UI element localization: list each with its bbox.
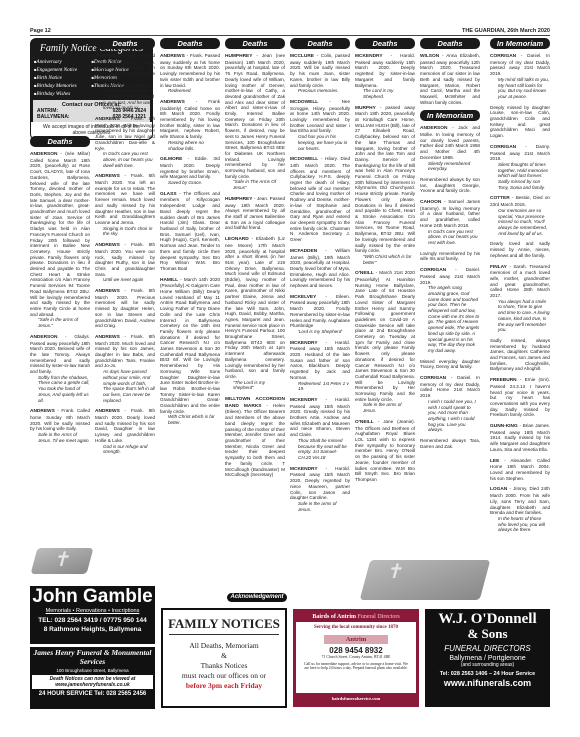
section-header-deaths: Deaths bbox=[160, 38, 220, 49]
ad-title: FAMILY NOTICES bbox=[163, 616, 285, 632]
notice: MCKENDRY - Harold. Passed away 15th Marc… bbox=[290, 340, 350, 392]
ad-phone: Tel: 028 2563 1406 – 24 Hour Service bbox=[425, 671, 550, 677]
bairds-ad: Bairds of Antrim Funeral Directors Servi… bbox=[293, 609, 419, 707]
notice: GLASS - The Officers and members of Kill… bbox=[160, 191, 220, 272]
notice-name: MCDOWELL bbox=[290, 100, 318, 105]
notice: ANDERSON - Gladys. Passed away peacefull… bbox=[30, 334, 90, 403]
notice-text: - Ernie (Snr). Passed 24.3.13 I have'nt … bbox=[490, 377, 550, 417]
notice-verse: In the hearts of those who loved you, yo… bbox=[490, 516, 550, 533]
ad-since: Serving the local community since 1870 bbox=[296, 625, 416, 630]
ad-title-sons: & Sons bbox=[425, 627, 550, 641]
notice: FREEBURN - Ernie (Snr). Passed 24.3.13 I… bbox=[490, 377, 550, 418]
column-7: Deaths WILSON - Anna Elizabeth, passed a… bbox=[420, 38, 480, 454]
notice-verse: Singing in God's choir in the sky bbox=[95, 226, 155, 237]
section-header-deaths: Deaths bbox=[95, 38, 155, 49]
notice: MCKENDRY - Harold. Passed away 15th Marc… bbox=[290, 466, 350, 513]
column-3: DeathsANDREWS - Frank. Passed away sudde… bbox=[160, 38, 220, 431]
notice-text: Lovingly remembered by his wife Iris and… bbox=[420, 251, 480, 262]
ad-services: Memorials • Renovations • Inscriptions bbox=[30, 608, 155, 614]
notice: Remembered always Tara, Darren and Zak. bbox=[420, 438, 480, 449]
section-header-memoriam: In Memoriam bbox=[490, 38, 550, 49]
section-header-deaths: Deaths bbox=[30, 136, 90, 147]
notice-text: Dearly loved and sadly missed by Annie, … bbox=[490, 241, 550, 257]
notice-verse: Thou Shalt be missed because thy seat wi… bbox=[290, 438, 350, 461]
notice-verse: Precious memories. bbox=[290, 88, 350, 94]
notice-verse: Safe in the arms of Jesus. bbox=[355, 402, 415, 413]
notice: HUMPHREY - Jean. Passed away 18th March … bbox=[225, 196, 285, 231]
notice-name: HAMILL bbox=[160, 278, 178, 283]
notice-text: - Frank. 8th March 2020. Precious memori… bbox=[95, 288, 155, 328]
notice: ANDREWS - Frank (suddenly) Called home o… bbox=[160, 99, 220, 151]
notice-name: MCDOWELL bbox=[290, 157, 318, 162]
office-name: BALLYMENA: bbox=[37, 114, 70, 120]
notice-verse: "With Christ which is far better" bbox=[355, 254, 415, 265]
notice-text: - Helen (Eileen). The Officer Bearers an… bbox=[225, 403, 285, 477]
notice: ANDREWS - Frank. Called home Sunday 8th … bbox=[30, 408, 90, 443]
notice: HAMILL - March 14th 2020 (Peacefully) At… bbox=[160, 277, 220, 426]
notice: ANDREWS - Frank. Passed away 8th March 2… bbox=[95, 53, 155, 111]
notice-name: ANDREWS bbox=[95, 409, 120, 414]
notice-name: MCKENDRY bbox=[290, 467, 318, 472]
category-item: Birthday Memories bbox=[34, 82, 92, 90]
notice-name: COTTER bbox=[490, 196, 510, 201]
notice: MCDOWELL - Hilary. Died 14th March 2020.… bbox=[290, 156, 350, 243]
section-header-acknowledgement: Acknowledgement bbox=[227, 593, 287, 602]
notice-text: - The Officers and members of Killycooga… bbox=[160, 191, 220, 271]
notice-name: ANDREWS bbox=[95, 117, 120, 122]
notice-name: HUMPHREY bbox=[225, 197, 252, 202]
notice-text: - Elizabeth (Liz nee Moore) 17th March 2… bbox=[225, 236, 285, 379]
ad-address: 100 Broughshane Street, Ballymena bbox=[32, 668, 153, 673]
ad-deadline: before 3pm each Friday bbox=[163, 681, 285, 691]
ad-line: must reach our offices on or bbox=[163, 671, 285, 681]
notice-name: LEE bbox=[490, 459, 499, 464]
notice-text: Missed everyday daughter Tracey, Denny a… bbox=[420, 359, 480, 370]
category-item: Birth Notice bbox=[34, 74, 92, 82]
ad-title: Bairds of Antrim bbox=[312, 614, 356, 620]
notice-name: ANDREWS bbox=[95, 335, 120, 340]
notice-text: Deeply missed by daughter Louise, son-in… bbox=[490, 105, 550, 139]
notice-name: O'NEILL bbox=[355, 420, 374, 425]
notice-name: ANDREWS bbox=[160, 100, 185, 105]
notice: ANDREWS - Frank. 8th March 2020. You wer… bbox=[95, 242, 155, 283]
notice: ANDREWS - Frank. 8th March 2020. Will be… bbox=[95, 116, 155, 168]
notice-text: - Hilary. Died 14th March 2020. The offi… bbox=[290, 156, 350, 242]
notice-name: GLASS bbox=[160, 192, 177, 197]
notice-text: - March 14th 2020 (Peacefully) At Galgor… bbox=[160, 277, 220, 414]
ad-line: Thanks Notices bbox=[163, 661, 285, 671]
page-header: Page 12 THE GUARDIAN, 26th March 2020 bbox=[30, 28, 550, 36]
notice-name: MURPHY bbox=[355, 106, 376, 111]
ad-blurb: Call us for immediate support, advice or… bbox=[296, 659, 416, 673]
notice-text: - March 21st 2020 (Peacefully) At Hamilt… bbox=[355, 270, 415, 401]
ad-title: John Gamble bbox=[30, 586, 155, 608]
odonnell-ad: W.J. O'Donnell & Sons FUNERAL DIRECTORS … bbox=[425, 609, 550, 707]
notice-verse: As days have passed without your smile, … bbox=[95, 369, 155, 403]
notice-verse: "The Lord is my shepherd" bbox=[225, 380, 285, 391]
ad-towns: Ballymena / Portglenone bbox=[425, 655, 550, 662]
section-header-deaths: Deaths bbox=[420, 38, 480, 49]
notice-verse: Silent thoughts of times together, Hold … bbox=[490, 162, 550, 191]
notice-verse: In God's care you rest above, In our hea… bbox=[420, 229, 480, 246]
notice: LOGAN - Jimmy. Died 24th March 2000. Fro… bbox=[490, 486, 550, 533]
ad-url[interactable]: bairdsfuneralservice.com bbox=[296, 693, 416, 704]
notice-verse: In God's care you rest above, In our hea… bbox=[95, 151, 155, 168]
bible-icon bbox=[360, 560, 491, 600]
ad-subtitle: Funeral Directors bbox=[358, 614, 400, 620]
ad-url[interactable]: www.jameshenryfunerals.co.uk bbox=[33, 682, 152, 688]
category-item: Engagement Notice bbox=[34, 66, 92, 74]
notice: GILMORE - Eddie. 3rd March 2020. Deeply … bbox=[160, 156, 220, 186]
notice-text: - Harold. Passed away 15th March 2020. G… bbox=[290, 397, 350, 437]
notice: CORRIGAN - Daniel. In memory of my dear … bbox=[490, 53, 550, 100]
notice: Lovingly remembered by his wife Iris and… bbox=[420, 251, 480, 262]
notice: MCKELVEY - Eileen. Passed away peacefull… bbox=[290, 294, 350, 335]
notice-verse: Safe in the arms of Jesus. bbox=[290, 501, 350, 512]
notice: MCKENDRY - Harold. Passed away 15th Marc… bbox=[290, 397, 350, 461]
notice: MCDOWELL - Nee Scroggie, Hilary, peacefu… bbox=[290, 99, 350, 151]
notice: CORRIGAN - Daniel. In memory of my dear … bbox=[420, 375, 480, 433]
notice-verse: God is our refuge and strength. bbox=[95, 444, 155, 455]
notice-verse: Our memories are so special, Your presen… bbox=[490, 208, 550, 237]
notice-verse: Saved by Grace. bbox=[160, 180, 220, 186]
notice-text: - William James (Billy), 19th March 2020… bbox=[290, 248, 350, 288]
notice-text: - Jean (nee Davison) 18th March 2020, pe… bbox=[225, 53, 285, 179]
page-number: Page 12 bbox=[30, 28, 51, 34]
ad-address: 8 Rathmore Heights, Ballymena bbox=[30, 626, 155, 633]
notice: O'NEILL - March 21st 2020 (Peacefully) A… bbox=[355, 270, 415, 414]
notice-text: - Jane (Jeanie). The Officers and Brethr… bbox=[355, 419, 415, 482]
column-8: In Memoriam CORRIGAN - Daniel. In memory… bbox=[490, 38, 550, 538]
notice-name: FINLAY bbox=[490, 265, 507, 270]
column-4: Deaths HUMPHREY - Jean (nee Davison) 18t… bbox=[225, 38, 285, 483]
notice-name: MCKENDRY bbox=[290, 398, 318, 403]
column-2: DeathsANDREWS - Frank. Passed away 8th M… bbox=[95, 38, 155, 460]
notice-verse: Silently remembered everyday. bbox=[420, 161, 480, 172]
notice-verse: The angels sang amazing grace, God came … bbox=[420, 285, 480, 353]
notice-verse: 'Lord is my Shepherd' bbox=[290, 329, 350, 335]
notice-name: GILMORE bbox=[160, 157, 182, 162]
notice-name: MCKENDRY bbox=[290, 341, 318, 346]
notice-name: ANDREWS bbox=[95, 54, 120, 59]
section-header-deaths: Deaths bbox=[225, 38, 285, 49]
notice: LEONARD - Elizabeth (Liz nee Moore) 17th… bbox=[225, 236, 285, 391]
notice-text: - Anna Elizabeth, passed away peacefully… bbox=[420, 53, 480, 105]
ad-title: W.J. O'Donnell bbox=[425, 611, 550, 627]
notice-name: ANDREWS bbox=[160, 54, 185, 59]
notice: FINLAY - Sarah. Treasured memories of a … bbox=[490, 264, 550, 333]
ad-phone: 24 HOUR SERVICE Tel: 028 2565 2456 bbox=[32, 691, 153, 697]
notice-text: Sadly missed, always remembered by husba… bbox=[490, 338, 550, 372]
notice: MCFADDEN - William James (Billy), 19th M… bbox=[290, 248, 350, 289]
notice: CORRIGAN - Danny. Passed away 21st March… bbox=[490, 144, 550, 191]
notice: GUNN-KING - Brian James. Passed away 18t… bbox=[490, 423, 550, 453]
notice-verse: "Safe in the arms of Jesus." bbox=[30, 317, 90, 328]
notice-verse: Redeemed. bbox=[160, 88, 220, 94]
notice-name: ANDREWS bbox=[95, 289, 120, 294]
notice-text: - Alexander. Called Home 19th March 2004… bbox=[490, 458, 550, 481]
notice-name: ANDREWS bbox=[30, 409, 55, 414]
notice: ANDREWS - Frank. 8th March 2020. Preciou… bbox=[95, 288, 155, 329]
notice-text: - passed away March 18th 2020, peacefull… bbox=[355, 105, 415, 254]
notice: Dearly loved and sadly missed by Annie, … bbox=[490, 241, 550, 258]
james-henry-ad: James Henry Funeral & Monumental Service… bbox=[30, 647, 155, 709]
notice: MCCLURE - Colin, passed away suddenly 19… bbox=[290, 53, 350, 94]
notice-text: - Harold. Passed away 15th March 2020. H… bbox=[290, 340, 350, 380]
ad-subtitle: FUNERAL DIRECTORS bbox=[425, 644, 550, 653]
notice: ANDREWS - Frank. 8th March 2020. Dearly … bbox=[95, 408, 155, 455]
newspaper-page: Page 12 THE GUARDIAN, 26th March 2020 Fa… bbox=[0, 0, 580, 737]
section-header-deaths: Deaths bbox=[290, 38, 350, 49]
column-6: Deaths MCKENDRY - Harold. Passed away su… bbox=[355, 38, 415, 488]
notice-name: CORRIGAN bbox=[490, 54, 516, 59]
notice-name: WILSON bbox=[420, 54, 439, 59]
notice-name: FREEBURN bbox=[490, 378, 517, 383]
notice-name: O'NEILL bbox=[355, 271, 374, 276]
notice-verse: God has you in his keeping, we have you … bbox=[290, 134, 350, 151]
notice: MURPHY - passed away March 18th 2020, pe… bbox=[355, 105, 415, 266]
notice-name: ANDERSON bbox=[30, 152, 57, 157]
ad-phone: 028 9454 8932 bbox=[296, 646, 416, 655]
notice-name: CORRIGAN bbox=[420, 268, 446, 273]
john-gamble-ad: John Gamble Memorials • Renovations • In… bbox=[30, 586, 155, 644]
notice: Missed everyday daughter Tracey, Denny a… bbox=[420, 359, 480, 370]
notice-name: ANDERSON bbox=[30, 335, 57, 340]
notice: ANDREWS - Frank. 8th March 2020. Much lo… bbox=[95, 334, 155, 403]
ad-phone: TEL: 028 2564 3419 / 07775 950 144 bbox=[30, 617, 155, 624]
ad-url[interactable]: www.nifunerals.com bbox=[425, 678, 550, 688]
notice-text: - Gladys. Passed away peacefully 18th Ma… bbox=[30, 334, 90, 374]
column-5: Deaths MCCLURE - Colin, passed away sudd… bbox=[290, 38, 350, 517]
notice-name: CAHOON bbox=[420, 200, 441, 205]
notice: MILLTOWN ACCORDION BAND MARKS - Helen (E… bbox=[225, 396, 285, 478]
notice-name: CORRIGAN bbox=[420, 376, 446, 381]
notice-name: MCCLURE bbox=[290, 54, 314, 59]
family-notices-ad: FAMILY NOTICES All Deaths, Memoriam & Th… bbox=[161, 608, 287, 708]
ad-line: & bbox=[163, 651, 285, 661]
notice-name: LOGAN bbox=[490, 487, 507, 492]
notice-name: ANDREWS bbox=[95, 174, 120, 179]
notice: Deeply missed by daughter Louise, son-in… bbox=[490, 105, 550, 139]
bible-icon bbox=[31, 548, 94, 574]
notice: ANDREWS - Frank. Passed away suddenly at… bbox=[160, 53, 220, 94]
notice-text: - Frank. 8th March 2020. You left an exa… bbox=[95, 173, 155, 225]
category-item: Anniversary bbox=[34, 58, 92, 66]
notice-name: HUMPHREY bbox=[225, 54, 252, 59]
notice-name: GUNN-KING bbox=[490, 424, 518, 429]
notice-verse: "Safe in The Arms Of Jesus" bbox=[225, 179, 285, 190]
notice-name: MCKENDRY bbox=[355, 54, 383, 59]
notice: ANDREWS - Frank. 8th March 2020. You lef… bbox=[95, 173, 155, 237]
notice-verse: Until we meet again bbox=[95, 277, 155, 283]
notice-verse: Safe in the Arms of Jesus. Til we meet a… bbox=[30, 432, 90, 443]
paper-dateline: THE GUARDIAN, 26th March 2020 bbox=[462, 28, 550, 34]
notice-verse: I wish I could see you, I wish I could s… bbox=[420, 399, 480, 433]
ad-line: All Deaths, Memoriam bbox=[163, 641, 285, 651]
notice: HUMPHREY - Jean (nee Davison) 18th March… bbox=[225, 53, 285, 191]
section-header-memoriam: In Memoriam bbox=[420, 110, 480, 121]
ad-areas: (and surrounding areas) bbox=[425, 662, 550, 668]
notice-verse: Think of him as living in the hearts of … bbox=[95, 83, 155, 112]
category-item: Birthday Wishes bbox=[34, 90, 92, 98]
notice-verse: With Christ which is far better. bbox=[160, 414, 220, 425]
notice-verse: My mind still talks to you, My heart sti… bbox=[490, 77, 550, 100]
notice: WILSON - Anna Elizabeth, passed away pea… bbox=[420, 53, 480, 105]
notice-verse: Resting where no shadow falls. bbox=[160, 140, 220, 151]
notice: CORRIGAN - Daniel. Passed away 21st Marc… bbox=[420, 267, 480, 354]
notice: MCKENDRY - Harold. Passed away suddenly … bbox=[355, 53, 415, 100]
notice-text: - Frank (suddenly) Called home on 8th Ma… bbox=[160, 99, 220, 139]
notice-name: LEONARD bbox=[225, 237, 249, 242]
notice-name: ANDERSON bbox=[420, 126, 447, 131]
ad-town: Antrim bbox=[324, 635, 388, 644]
notice-text: Remembered always Tara, Darren and Zak. bbox=[420, 438, 480, 449]
notice-text: Remembered always by son Ian, daughters … bbox=[420, 177, 480, 193]
notice-name: MCFADDEN bbox=[290, 249, 317, 254]
notice: O'NEILL - Jane (Jeanie). The Officers an… bbox=[355, 419, 415, 483]
notice-name: ANDREWS bbox=[95, 243, 120, 248]
notice: ANDERSON - Jack and Mollie. In loving me… bbox=[420, 125, 480, 172]
notice: CAHOON - Samuel James (Sammy). In loving… bbox=[420, 199, 480, 246]
notice: ANDERSON - (née Millar) Called home Marc… bbox=[30, 151, 90, 329]
notice: Sadly missed, always remembered by husba… bbox=[490, 338, 550, 372]
notice-verse: The Lord is my Shepherd. bbox=[355, 88, 415, 99]
notice-verse: Softly from the shadows, There came a ge… bbox=[30, 375, 90, 404]
column-1: Deaths ANDERSON - (née Millar) Called ho… bbox=[30, 136, 90, 448]
notice: COTTER - Bessie, Died on 23rd March 2015… bbox=[490, 195, 550, 236]
notice-verse: You always had a smile to share, Time to… bbox=[490, 299, 550, 333]
notice-name: CORRIGAN bbox=[490, 145, 516, 150]
section-header-deaths: Deaths bbox=[355, 38, 415, 49]
notice-name: MCKELVEY bbox=[290, 295, 316, 300]
notice: Remembered always by son Ian, daughters … bbox=[420, 177, 480, 194]
notice-text: - (née Millar) Called home March 18th 20… bbox=[30, 151, 90, 317]
ad-title: James Henry Funeral & Monumental Service… bbox=[32, 649, 153, 666]
notice-verse: Redeemed. 1st Peter 1 v 19. bbox=[290, 381, 350, 392]
notice: LEE - Alexander. Called Home 19th March … bbox=[490, 458, 550, 482]
